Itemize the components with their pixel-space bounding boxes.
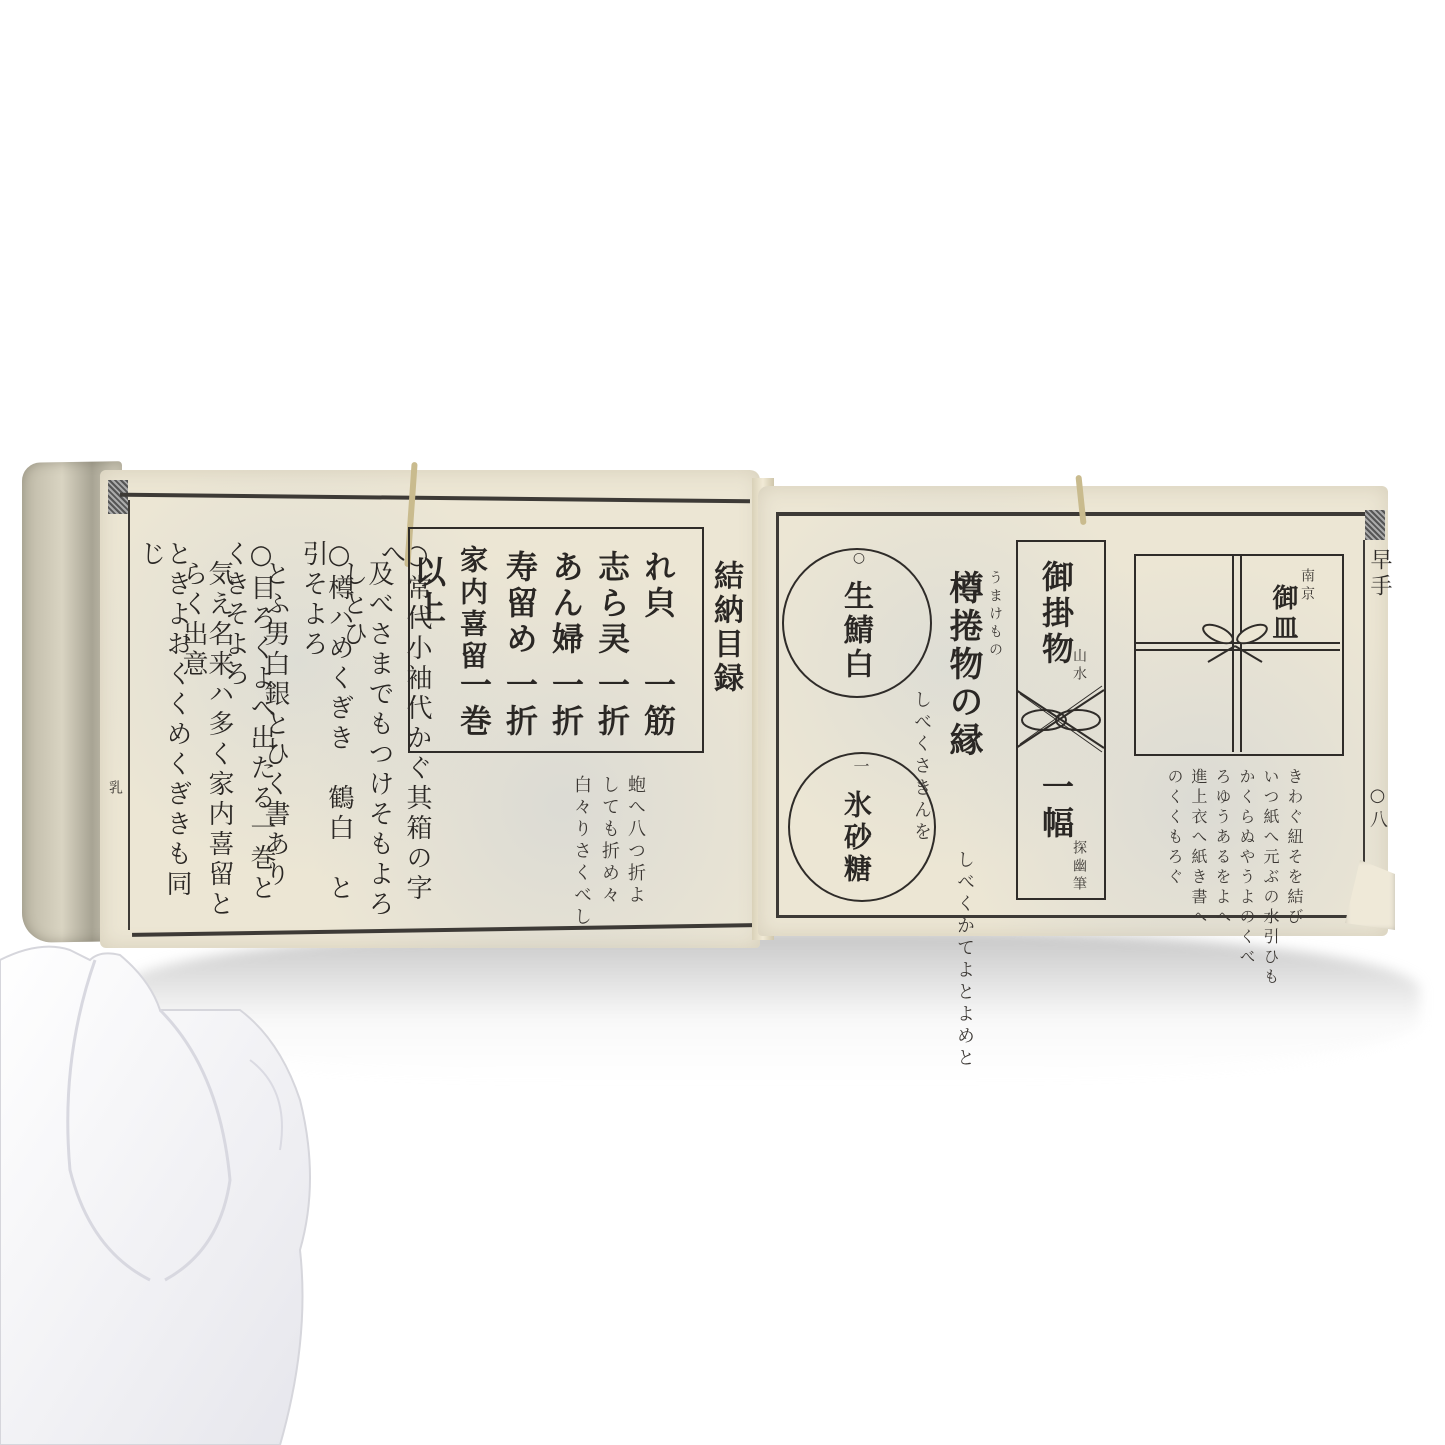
mizuhiki-knot-icon [1016,680,1106,760]
left-margin-rule [128,500,130,930]
item-name: 寿留め [504,550,536,658]
page-corner-mark [108,480,128,514]
plate-note: いつ紙へ元ぶの水引ひも [1262,768,1278,988]
box-note: 白々りさくべし [572,775,590,929]
box-note: しても折め々 [600,775,618,907]
section-title: 樽捲物の縁 [946,570,980,760]
margin-page-mark: ○八 [1368,785,1386,832]
box-note: 蚫へ八つ折よ [626,775,644,907]
item-name: 以上 [412,555,444,627]
item-qty: 一折 [596,668,628,740]
body-line: ときよおくくめくぎきも同じ [138,540,190,920]
scroll-sub-label: 山水 [1072,648,1086,684]
item-qty: 一折 [550,668,582,740]
plate-label: 御皿 [1270,584,1296,644]
section-title-ruby: うまけもの [988,570,1002,660]
plate-note: ろゆうあるをよへ [1214,768,1230,928]
item-name: あん婦 [550,550,582,658]
item-name: 志ら㚑 [596,550,628,658]
item-qty: 一筋 [642,668,674,740]
item-qty: 一折 [504,668,536,740]
scroll-label: 御掛物 [1040,560,1072,668]
circle-label: 生鯖白 [840,580,870,682]
photo-background: 乳 ○常代小袖代かぐ其箱の字へ 及べさまでもつけそもよろしとひ ○樽ハめくぎき … [0,0,1445,1445]
scroll-artist: 探幽筆 [1072,840,1086,894]
item-qty: 一巻 [458,668,490,740]
body-line: ○樽ハめくぎき 鶴白 と引そよろ [300,540,352,920]
plate-note: 進上衣へ紙き書へ [1190,768,1206,928]
page-corner-mark [1365,510,1385,540]
circle-label: 氷砂糖 [842,790,870,886]
plate-note: のくくもろぐ [1166,768,1182,888]
margin-title: 早手 [1368,548,1390,600]
item-name: 家内喜留 [458,545,486,673]
margin-label: 乳 [108,780,122,798]
box-title: 結納目録 [710,560,740,696]
item-name: れ㒵 [642,550,674,622]
circle-note: しべくさきんを [912,690,930,844]
circle-mark: ○ [852,550,866,570]
plate-note: かくらぬやうよのくべ [1238,768,1254,968]
left-margin-rule [776,512,779,917]
scroll-quantity: 一幅 [1040,770,1072,842]
plate-origin-label: 南京 [1300,568,1314,604]
circle-mark: 一 [852,758,868,778]
circle-note: しべくかてよとよめと [955,850,973,1070]
bow-knot-icon [1200,616,1270,668]
plate-note: きわぐ紐そを結び [1286,768,1302,928]
top-border-rule [776,512,1366,516]
white-glove-hand [0,920,320,1445]
